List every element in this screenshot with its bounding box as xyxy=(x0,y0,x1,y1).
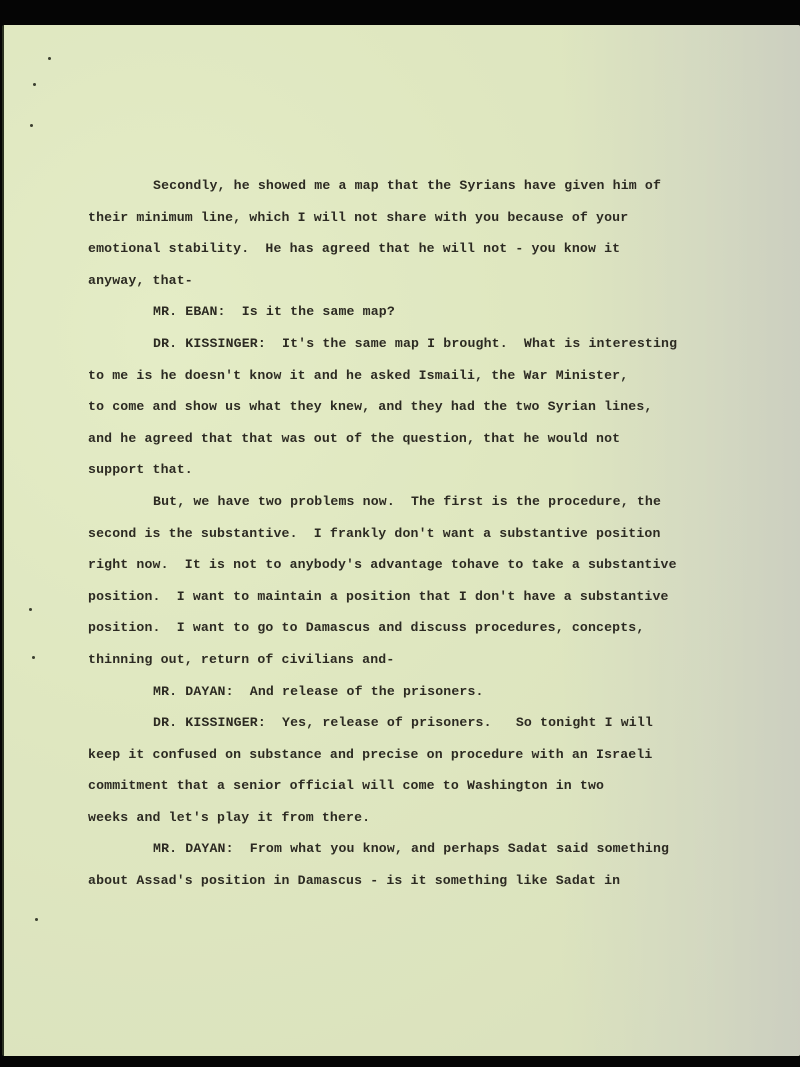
text-line: thinning out, return of civilians and- xyxy=(88,646,788,678)
margin-speck xyxy=(32,656,35,659)
text-line: position. I want to maintain a position … xyxy=(88,583,788,615)
transcript-body: Secondly, he showed me a map that the Sy… xyxy=(88,172,788,899)
text-line: their minimum line, which I will not sha… xyxy=(88,204,788,236)
text-line: about Assad's position in Damascus - is … xyxy=(88,867,788,899)
text-line: support that. xyxy=(88,456,788,488)
text-line: to me is he doesn't know it and he asked… xyxy=(88,362,788,394)
speaker-line-kissinger: DR. KISSINGER: It's the same map I broug… xyxy=(88,330,788,362)
text-line: position. I want to go to Damascus and d… xyxy=(88,614,788,646)
speaker-line-dayan: MR. DAYAN: And release of the prisoners. xyxy=(88,678,788,710)
speaker-line-kissinger: DR. KISSINGER: Yes, release of prisoners… xyxy=(88,709,788,741)
text-line: anyway, that- xyxy=(88,267,788,299)
text-line: and he agreed that that was out of the q… xyxy=(88,425,788,457)
margin-speck xyxy=(35,918,38,921)
text-line: to come and show us what they knew, and … xyxy=(88,393,788,425)
speaker-line-eban: MR. EBAN: Is it the same map? xyxy=(88,298,788,330)
text-line: commitment that a senior official will c… xyxy=(88,772,788,804)
margin-speck xyxy=(29,608,32,611)
margin-speck xyxy=(30,124,33,127)
text-line: second is the substantive. I frankly don… xyxy=(88,520,788,552)
text-line: emotional stability. He has agreed that … xyxy=(88,235,788,267)
paragraph-start: But, we have two problems now. The first… xyxy=(88,488,788,520)
margin-speck xyxy=(48,57,51,60)
text-line: weeks and let's play it from there. xyxy=(88,804,788,836)
text-line: right now. It is not to anybody's advant… xyxy=(88,551,788,583)
text-line: keep it confused on substance and precis… xyxy=(88,741,788,773)
margin-speck xyxy=(33,83,36,86)
text-line: Secondly, he showed me a map that the Sy… xyxy=(88,172,788,204)
speaker-line-dayan: MR. DAYAN: From what you know, and perha… xyxy=(88,835,788,867)
